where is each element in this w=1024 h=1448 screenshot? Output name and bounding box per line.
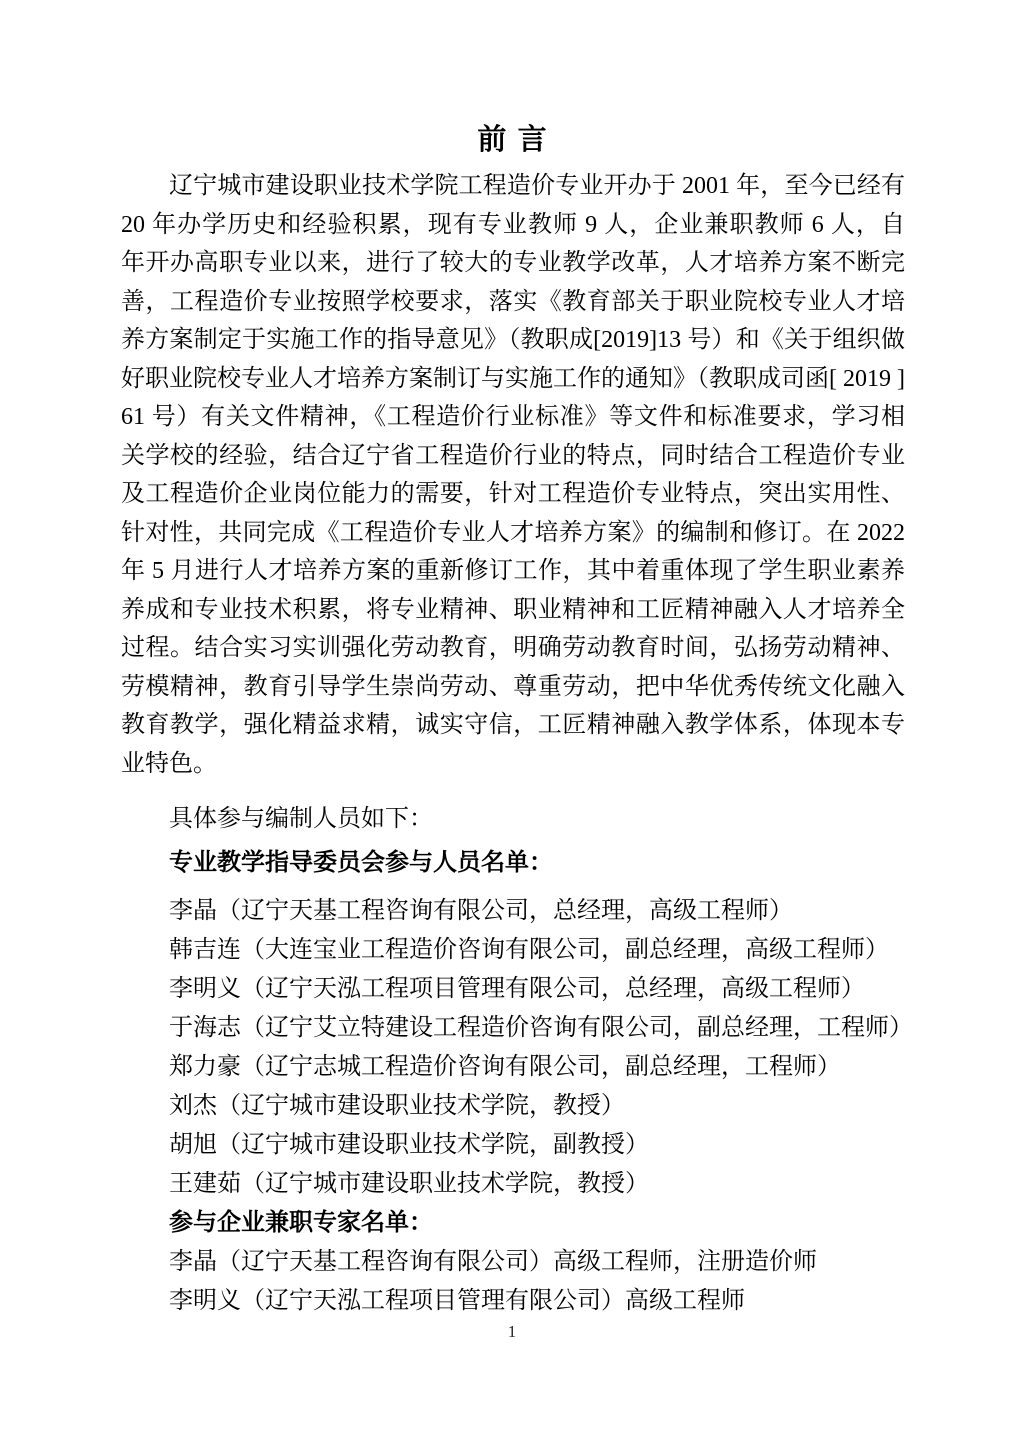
committee-member: 胡旭（辽宁城市建设职业技术学院，副教授） bbox=[121, 1126, 905, 1165]
page-number: 1 bbox=[0, 1322, 1024, 1342]
committee-list: 李晶（辽宁天基工程咨询有限公司，总经理，高级工程师） 韩吉连（大连宝业工程造价咨… bbox=[121, 892, 905, 1204]
intro-line: 过程。结合实习实训强化劳动教育，明确劳动教育时间，弘扬劳动精神、 bbox=[121, 629, 905, 668]
committee-member: 王建茹（辽宁城市建设职业技术学院，教授） bbox=[121, 1165, 905, 1204]
committee-member: 韩吉连（大连宝业工程造价咨询有限公司，副总经理，高级工程师） bbox=[121, 931, 905, 970]
committee-member: 李晶（辽宁天基工程咨询有限公司，总经理，高级工程师） bbox=[121, 892, 905, 931]
expert-list-heading: 参与企业兼职专家名单： bbox=[121, 1204, 905, 1243]
intro-line: 年 5 月进行人才培养方案的重新修订工作，其中着重体现了学生职业素养 bbox=[121, 552, 905, 591]
intro-line: 教育教学，强化精益求精，诚实守信，工匠精神融入教学体系，体现本专 bbox=[121, 706, 905, 745]
document-page: 前 言 辽宁城市建设职业技术学院工程造价专业开办于 2001 年，至今已经有 2… bbox=[0, 0, 1024, 1448]
page-title: 前 言 bbox=[121, 125, 905, 155]
intro-line: 好职业院校专业人才培养方案制订与实施工作的通知》（教职成司函[ 2019 ] bbox=[121, 360, 905, 399]
document-content: 前 言 辽宁城市建设职业技术学院工程造价专业开办于 2001 年，至今已经有 2… bbox=[121, 0, 905, 1321]
expert-member: 李晶（辽宁天基工程咨询有限公司）高级工程师，注册造价师 bbox=[121, 1243, 905, 1282]
intro-line: 年开办高职专业以来，进行了较大的专业教学改革，人才培养方案不断完 bbox=[121, 244, 905, 283]
intro-line: 针对性，共同完成《工程造价专业人才培养方案》的编制和修订。在 2022 bbox=[121, 514, 905, 553]
committee-list-heading: 专业教学指导委员会参与人员名单： bbox=[121, 844, 905, 883]
intro-line: 善，工程造价专业按照学校要求，落实《教育部关于职业院校专业人才培 bbox=[121, 283, 905, 322]
intro-line: 辽宁城市建设职业技术学院工程造价专业开办于 2001 年，至今已经有 bbox=[121, 167, 905, 206]
committee-member: 于海志（辽宁艾立特建设工程造价咨询有限公司，副总经理，工程师） bbox=[121, 1009, 905, 1048]
intro-line: 劳模精神，教育引导学生崇尚劳动、尊重劳动，把中华优秀传统文化融入 bbox=[121, 668, 905, 707]
intro-line: 业特色。 bbox=[121, 745, 905, 784]
intro-line: 20 年办学历史和经验积累，现有专业教师 9 人，企业兼职教师 6 人，自 20… bbox=[121, 206, 905, 245]
intro-line: 养方案制定于实施工作的指导意见》（教职成[2019]13 号）和《关于组织做 bbox=[121, 321, 905, 360]
committee-member: 李明义（辽宁天泓工程项目管理有限公司，总经理，高级工程师） bbox=[121, 970, 905, 1009]
intro-paragraph: 辽宁城市建设职业技术学院工程造价专业开办于 2001 年，至今已经有 20 年办… bbox=[121, 167, 905, 783]
intro-line: 61 号）有关文件精神，《工程造价行业标准》等文件和标准要求，学习相 bbox=[121, 398, 905, 437]
committee-member: 郑力豪（辽宁志城工程造价咨询有限公司，副总经理，工程师） bbox=[121, 1048, 905, 1087]
intro-line: 养成和专业技术积累，将专业精神、职业精神和工匠精神融入人才培养全 bbox=[121, 591, 905, 630]
intro-line: 及工程造价企业岗位能力的需要，针对工程造价专业特点，突出实用性、 bbox=[121, 475, 905, 514]
intro-line: 关学校的经验，结合辽宁省工程造价行业的特点，同时结合工程造价专业 bbox=[121, 437, 905, 476]
committee-member: 刘杰（辽宁城市建设职业技术学院，教授） bbox=[121, 1087, 905, 1126]
participants-note: 具体参与编制人员如下： bbox=[121, 800, 905, 839]
expert-member: 李明义（辽宁天泓工程项目管理有限公司）高级工程师 bbox=[121, 1282, 905, 1321]
expert-list: 李晶（辽宁天基工程咨询有限公司）高级工程师，注册造价师 李明义（辽宁天泓工程项目… bbox=[121, 1243, 905, 1321]
